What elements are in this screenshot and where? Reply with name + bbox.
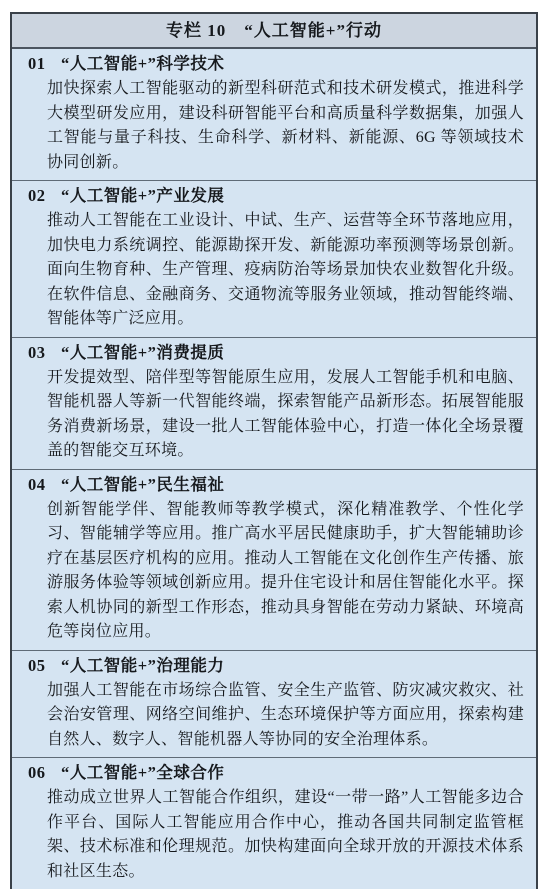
section-heading: “人工智能+”治理能力 xyxy=(61,653,224,679)
section-body: 加快探索人工智能驱动的新型科研范式和技术研发模式，推进科学大模型研发应用，建设科… xyxy=(47,77,524,175)
section-heading: “人工智能+”消费提质 xyxy=(61,340,224,366)
section-number: 03 xyxy=(28,340,48,366)
section-body: 开发提效型、陪伴型等智能原生应用，发展人工智能手机和电脑、智能机器人等新一代智能… xyxy=(47,366,524,464)
section-03-header: 03 “人工智能+”消费提质 xyxy=(28,340,524,366)
section-number: 02 xyxy=(28,183,48,209)
section-body: 推动人工智能在工业设计、中试、生产、运营等全环节落地应用，加快电力系统调控、能源… xyxy=(47,209,524,332)
section-number: 04 xyxy=(28,472,48,498)
column-10-panel: 专栏 10 “人工智能+”行动 01 “人工智能+”科学技术 加快探索人工智能驱… xyxy=(10,12,538,719)
section-03: 03 “人工智能+”消费提质 开发提效型、陪伴型等智能原生应用，发展人工智能手机… xyxy=(12,338,536,470)
section-05-header: 05 “人工智能+”治理能力 xyxy=(28,653,524,679)
section-body: 加强人工智能在市场综合监管、安全生产监管、防灾减灾救灾、社会治安管理、网络空间维… xyxy=(47,679,524,720)
section-04-header: 04 “人工智能+”民生福祉 xyxy=(28,472,524,498)
section-heading: “人工智能+”产业发展 xyxy=(61,183,224,209)
panel-title: 专栏 10 “人工智能+”行动 xyxy=(12,14,536,49)
section-body: 创新智能学伴、智能教师等教学模式，深化精准教学、个性化学习、智能辅学等应用。推广… xyxy=(47,498,524,645)
section-heading: “人工智能+”民生福祉 xyxy=(61,472,224,498)
section-04: 04 “人工智能+”民生福祉 创新智能学伴、智能教师等教学模式，深化精准教学、个… xyxy=(12,470,536,651)
section-05: 05 “人工智能+”治理能力 加强人工智能在市场综合监管、安全生产监管、防灾减灾… xyxy=(12,651,536,720)
section-number: 05 xyxy=(28,653,48,679)
section-number: 01 xyxy=(28,51,48,77)
section-01-header: 01 “人工智能+”科学技术 xyxy=(28,51,524,77)
panel-sections: 01 “人工智能+”科学技术 加快探索人工智能驱动的新型科研范式和技术研发模式，… xyxy=(12,49,536,719)
section-02-header: 02 “人工智能+”产业发展 xyxy=(28,183,524,209)
section-01: 01 “人工智能+”科学技术 加快探索人工智能驱动的新型科研范式和技术研发模式，… xyxy=(12,49,536,181)
section-heading: “人工智能+”科学技术 xyxy=(61,51,224,77)
section-02: 02 “人工智能+”产业发展 推动人工智能在工业设计、中试、生产、运营等全环节落… xyxy=(12,181,536,338)
